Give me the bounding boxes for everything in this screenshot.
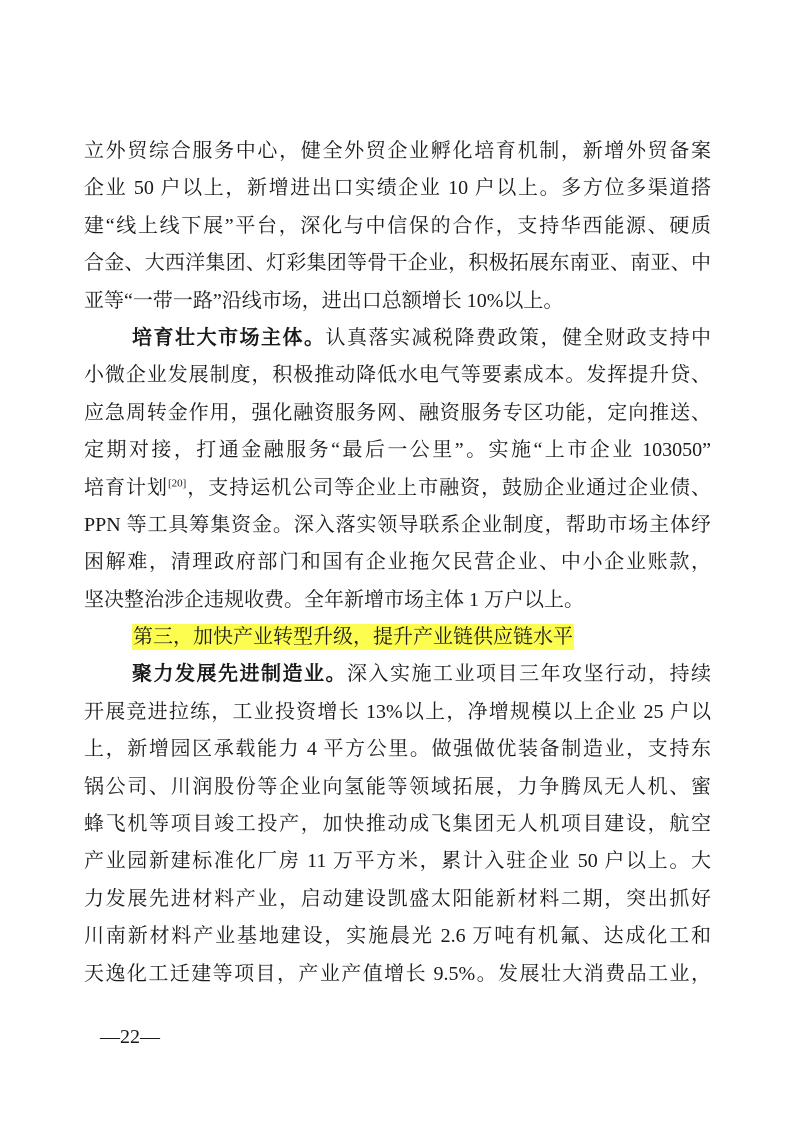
text-line: 川南新材料产业基地建设，实施晨光 2.6 万吨有机氟、达成化工和 xyxy=(84,918,711,955)
text-segment: 小微企业发展制度，积极推动降低水电气等要素成本。发挥提升贷、 xyxy=(84,364,711,386)
paragraph: 立外贸综合服务中心，健全外贸企业孵化培育机制，新增外贸备案企业 50 户以上，新… xyxy=(84,133,711,320)
section-heading: 第三，加快产业转型升级，提升产业链供应链水平 xyxy=(84,619,711,656)
text-segment: 坚决整治涉企违规收费。全年新增市场主体 1 万户以上。 xyxy=(84,589,584,611)
document-page: 立外贸综合服务中心，健全外贸企业孵化培育机制，新增外贸备案企业 50 户以上，新… xyxy=(0,0,793,1122)
text-line: 亚等“一带一路”沿线市场，进出口总额增长 10%以上。 xyxy=(84,283,711,320)
text-segment: 锅公司、川润股份等企业向氢能等领域拓展，力争腾凤无人机、蜜 xyxy=(84,776,711,798)
text-segment: 建“线上线下展”平台，深化与中信保的合作，支持华西能源、硬质 xyxy=(84,215,711,237)
paragraph-lead-text: 培育壮大市场主体。 xyxy=(132,327,326,349)
text-line: 应急周转金作用，强化融资服务网、融资服务专区功能，定向推送、 xyxy=(84,395,711,432)
text-line: 企业 50 户以上，新增进出口实绩企业 10 户以上。多方位多渠道搭 xyxy=(84,170,711,207)
text-segment: 困解难，清理政府部门和国有企业拖欠民营企业、中小企业账款， xyxy=(84,551,711,573)
text-line: 开展竞进拉练，工业投资增长 13%以上，净增规模以上企业 25 户以 xyxy=(84,694,711,731)
text-line: 蜂飞机等项目竣工投产，加快推动成飞集团无人机项目建设，航空 xyxy=(84,806,711,843)
text-line: 天逸化工迁建等项目，产业产值增长 9.5%。发展壮大消费品工业， xyxy=(84,956,711,993)
text-line: 锅公司、川润股份等企业向氢能等领域拓展，力争腾凤无人机、蜜 xyxy=(84,769,711,806)
text-line: 培育计划[20]，支持运机公司等企业上市融资，鼓励企业通过企业债、 xyxy=(84,470,711,507)
text-segment: PPN 等工具筹集资金。深入落实领导联系企业制度，帮助市场主体纾 xyxy=(84,514,711,536)
text-segment: 产业园新建标准化厂房 11 万平方米，累计入驻企业 50 户以上。大 xyxy=(84,850,711,872)
text-line: 培育壮大市场主体。认真落实减税降费政策，健全财政支持中 xyxy=(84,320,711,357)
text-segment: 培育计划 xyxy=(84,477,168,499)
text-segment: 企业 50 户以上，新增进出口实绩企业 10 户以上。多方位多渠道搭 xyxy=(84,177,711,199)
text-segment: 亚等“一带一路”沿线市场，进出口总额增长 10%以上。 xyxy=(84,290,563,312)
text-line: 定期对接，打通金融服务“最后一公里”。实施“上市企业 103050” xyxy=(84,432,711,469)
text-line: 困解难，清理政府部门和国有企业拖欠民营企业、中小企业账款， xyxy=(84,544,711,581)
text-line: 第三，加快产业转型升级，提升产业链供应链水平 xyxy=(84,619,711,656)
highlighted-heading-text: 第三，加快产业转型升级，提升产业链供应链水平 xyxy=(132,624,574,650)
text-line: 坚决整治涉企违规收费。全年新增市场主体 1 万户以上。 xyxy=(84,582,711,619)
text-segment: 应急周转金作用，强化融资服务网、融资服务专区功能，定向推送、 xyxy=(84,402,711,424)
page-number: —22— xyxy=(100,1024,160,1050)
text-segment: 天逸化工迁建等项目，产业产值增长 9.5%。发展壮大消费品工业， xyxy=(84,963,711,985)
paragraph: 培育壮大市场主体。认真落实减税降费政策，健全财政支持中小微企业发展制度，积极推动… xyxy=(84,320,711,619)
text-segment: 力发展先进材料产业，启动建设凯盛太阳能新材料二期，突出抓好 xyxy=(84,888,711,910)
text-segment: 定期对接，打通金融服务“最后一公里”。实施“上市企业 103050” xyxy=(84,439,711,461)
text-segment: 蜂飞机等项目竣工投产，加快推动成飞集团无人机项目建设，航空 xyxy=(84,813,711,835)
text-line: 力发展先进材料产业，启动建设凯盛太阳能新材料二期，突出抓好 xyxy=(84,881,711,918)
text-line: 上，新增园区承载能力 4 平方公里。做强做优装备制造业，支持东 xyxy=(84,731,711,768)
footnote-reference: [20] xyxy=(168,477,186,489)
document-text: 立外贸综合服务中心，健全外贸企业孵化培育机制，新增外贸备案企业 50 户以上，新… xyxy=(84,133,711,993)
text-segment: 立外贸综合服务中心，健全外贸企业孵化培育机制，新增外贸备案 xyxy=(84,140,711,162)
text-line: 合金、大西洋集团、灯彩集团等骨干企业，积极拓展东南亚、南亚、中 xyxy=(84,245,711,282)
text-line: 建“线上线下展”平台，深化与中信保的合作，支持华西能源、硬质 xyxy=(84,208,711,245)
text-segment: 上，新增园区承载能力 4 平方公里。做强做优装备制造业，支持东 xyxy=(84,738,711,760)
paragraph-lead-text: 聚力发展先进制造业。 xyxy=(132,663,347,685)
text-segment: ，支持运机公司等企业上市融资，鼓励企业通过企业债、 xyxy=(186,477,711,499)
text-line: 立外贸综合服务中心，健全外贸企业孵化培育机制，新增外贸备案 xyxy=(84,133,711,170)
text-line: PPN 等工具筹集资金。深入落实领导联系企业制度，帮助市场主体纾 xyxy=(84,507,711,544)
text-segment: 开展竞进拉练，工业投资增长 13%以上，净增规模以上企业 25 户以 xyxy=(84,701,711,723)
text-segment: 合金、大西洋集团、灯彩集团等骨干企业，积极拓展东南亚、南亚、中 xyxy=(84,252,711,274)
text-line: 聚力发展先进制造业。深入实施工业项目三年攻坚行动，持续 xyxy=(84,656,711,693)
text-segment: 认真落实减税降费政策，健全财政支持中 xyxy=(326,327,712,349)
text-segment: 川南新材料产业基地建设，实施晨光 2.6 万吨有机氟、达成化工和 xyxy=(84,925,711,947)
text-line: 产业园新建标准化厂房 11 万平方米，累计入驻企业 50 户以上。大 xyxy=(84,843,711,880)
text-segment: 深入实施工业项目三年攻坚行动，持续 xyxy=(347,663,711,685)
text-line: 小微企业发展制度，积极推动降低水电气等要素成本。发挥提升贷、 xyxy=(84,357,711,394)
paragraph: 聚力发展先进制造业。深入实施工业项目三年攻坚行动，持续开展竞进拉练，工业投资增长… xyxy=(84,656,711,993)
